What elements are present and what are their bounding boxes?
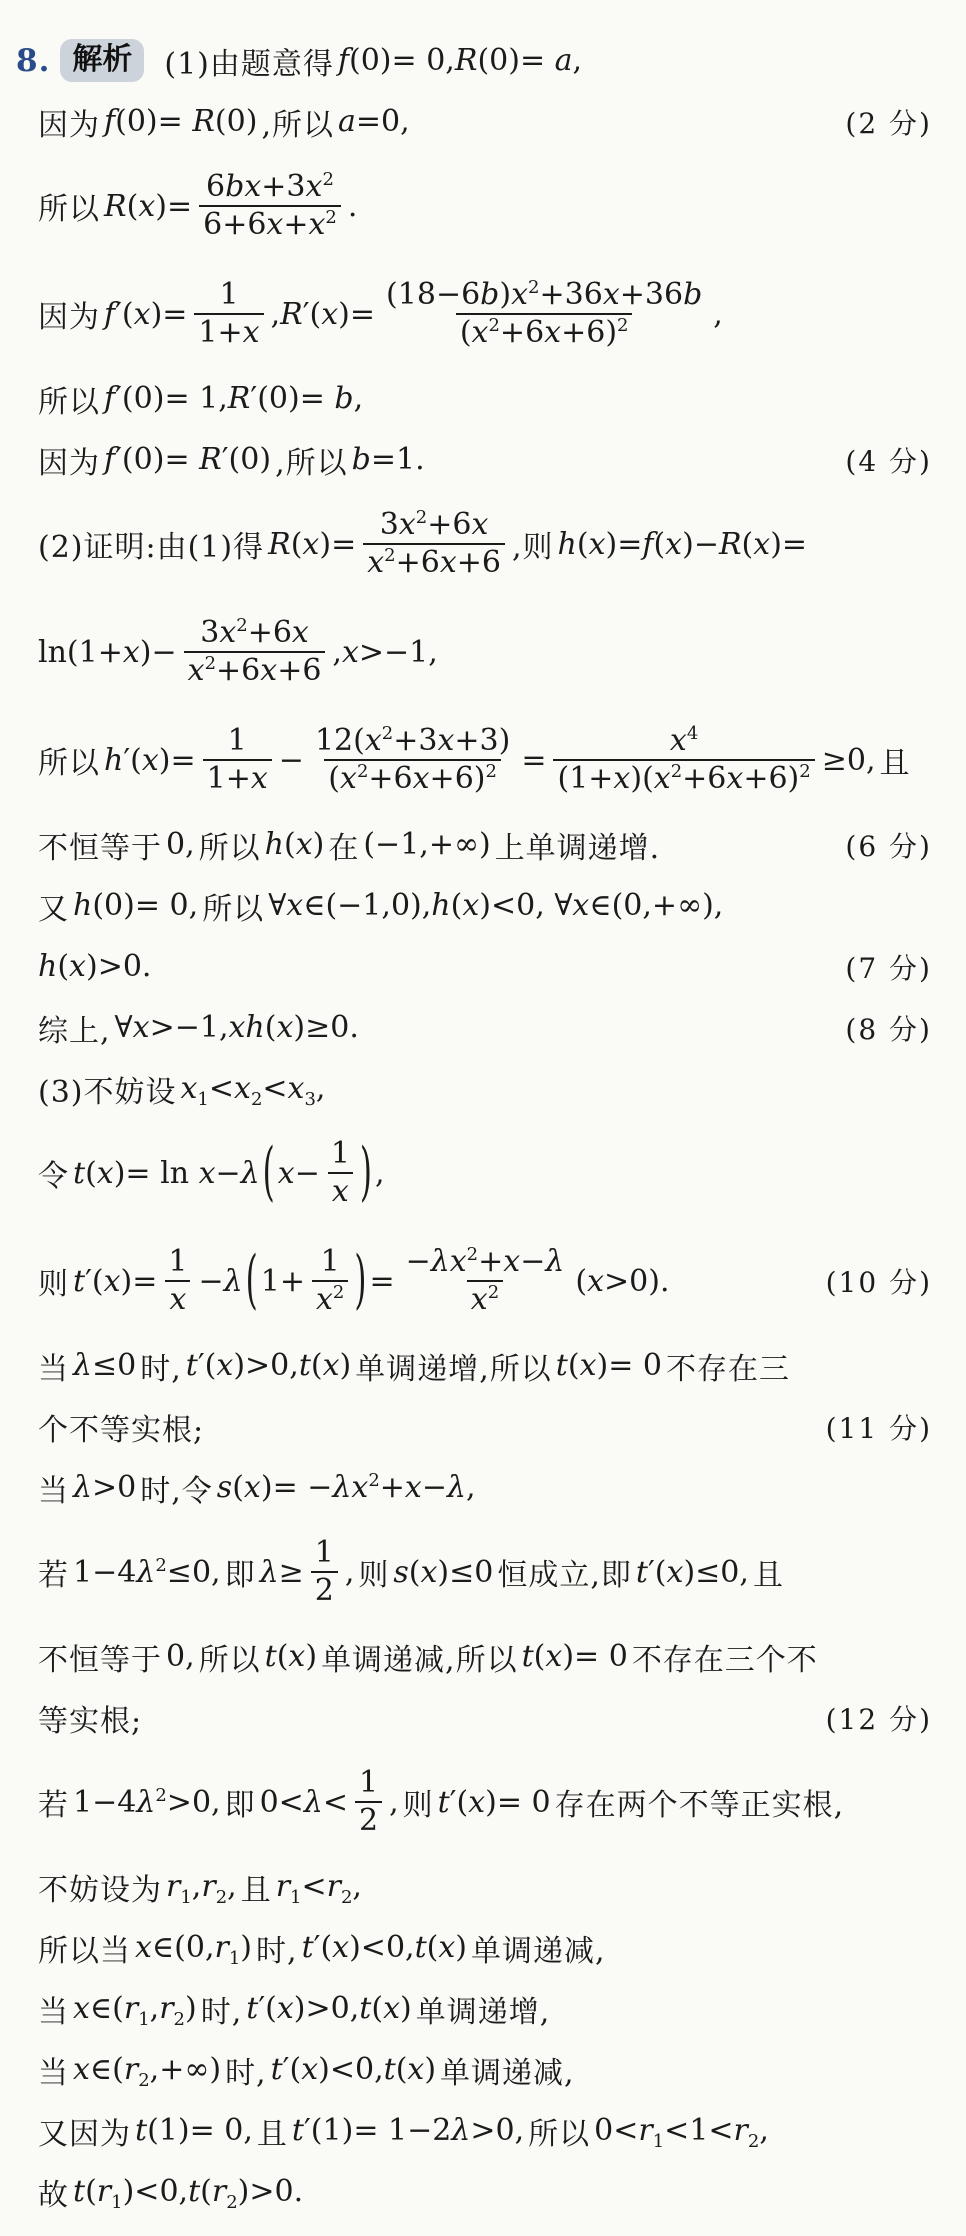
math-variable: x — [332, 1930, 349, 1965]
math-expression: 0, — [166, 1639, 195, 1674]
math-expression: ≥0, — [822, 743, 876, 778]
math-variable: λ — [241, 1156, 260, 1191]
math-expression: , — [389, 1785, 399, 1820]
math-variable: t — [292, 2113, 304, 2148]
superscript: 2 — [333, 1282, 344, 1303]
math-variable: λ — [136, 1555, 155, 1590]
math-variable: R — [104, 189, 127, 224]
solution-line: 综上,∀x>−1,xh(x)≥0.(8 分) — [0, 997, 948, 1058]
fraction: x4(1+x)(x2+6x+6)2 — [553, 723, 814, 796]
math-variable: t — [299, 1348, 311, 1383]
math-variable: b — [225, 169, 244, 204]
math-variable: λ — [260, 1555, 279, 1590]
math-variable: h — [558, 527, 577, 562]
math-expression: x∈(r2,+∞) — [73, 2052, 221, 2087]
math-variable: x — [288, 1639, 305, 1674]
math-variable: x — [199, 1156, 216, 1191]
math-variable: R — [268, 527, 291, 562]
math-variable: x — [135, 1930, 152, 1965]
superscript: 2 — [384, 545, 395, 566]
score-marker: (11 分) — [806, 1407, 932, 1447]
math-variable: x — [133, 1010, 150, 1045]
math-variable: x — [169, 1282, 186, 1317]
math-variable: s — [217, 1470, 232, 1505]
math-variable: λ — [447, 1470, 466, 1505]
math-expression: . — [348, 189, 358, 224]
math-variable: f — [104, 297, 115, 332]
chinese-text: 若 — [38, 1550, 69, 1594]
math-variable: t — [359, 1991, 371, 2026]
math-variable: x — [365, 723, 382, 758]
solution-line: 因为f′(0)= R′(0),所以b=1.(4 分) — [0, 429, 948, 490]
math-variable: b — [352, 442, 371, 477]
fraction: −λx2+x−λx2 — [402, 1244, 569, 1317]
math-variable: x — [589, 527, 606, 562]
math-variable: x — [244, 1470, 261, 1505]
math-variable: x — [138, 189, 155, 224]
math-variable: h — [431, 888, 450, 923]
math-expression: x− — [278, 1156, 320, 1191]
chinese-text: 时,令 — [140, 1466, 213, 1510]
math-expression: r1<r2, — [276, 1869, 362, 1904]
math-variable: x — [104, 1264, 121, 1299]
math-variable: x — [471, 507, 488, 542]
math-expression: f′(x)= — [104, 297, 187, 332]
chinese-text: 因为 — [38, 100, 100, 144]
math-variable: r — [166, 1869, 180, 1904]
fraction-numerator: 1 — [215, 277, 242, 313]
math-variable: f — [642, 527, 653, 562]
math-variable: x — [216, 1348, 233, 1383]
chinese-text: 当 — [38, 2048, 69, 2092]
math-variable: f — [338, 43, 349, 78]
math-variable: h — [38, 949, 57, 984]
solution-line: (2)证明:由(1)得R(x)=3x2+6xx2+6x+6,则h(x)=f(x)… — [0, 490, 948, 598]
chinese-text: 当 — [38, 1466, 69, 1510]
chinese-text: 又因为 — [38, 2109, 131, 2153]
fraction: 12(x2+3x+3)(x2+6x+6)2 — [311, 723, 514, 796]
fraction-numerator: 1 — [224, 723, 251, 759]
chinese-text: 因为 — [38, 438, 100, 482]
math-expression: 0<r1<1<r2, — [594, 2113, 769, 2148]
math-variable: x — [342, 635, 359, 670]
math-expression: f(0)= 0,R(0)= a, — [338, 43, 582, 78]
math-variable: x — [316, 1282, 333, 1317]
math-variable: λ — [451, 2113, 470, 2148]
math-variable: x — [229, 1010, 246, 1045]
fraction: 12 — [311, 1535, 338, 1608]
math-variable: R — [455, 43, 478, 78]
subscript: 2 — [341, 1887, 352, 1908]
fraction: 11+x — [203, 723, 272, 796]
math-variable: x — [277, 1991, 294, 2026]
chinese-text: 在 — [328, 823, 359, 867]
solution-line: 所以h′(x)=11+x−12(x2+3x+3)(x2+6x+6)2=x4(1+… — [0, 706, 948, 814]
math-variable: t — [438, 1785, 450, 1820]
superscript: 2 — [325, 207, 336, 228]
chinese-text: 不存在三 — [666, 1344, 790, 1388]
math-expression: 0<λ< — [260, 1785, 348, 1820]
solution-lines: 8.解析(1)由题意得f(0)= 0,R(0)= a,因为f(0)= R(0),… — [0, 30, 948, 2222]
question-number: 8. — [16, 43, 50, 79]
chinese-text: 又 — [38, 884, 69, 928]
solution-line: 当x∈(r2,+∞)时,t′(x)<0,t(x)单调递减, — [0, 2039, 948, 2100]
math-variable: r — [201, 1869, 215, 1904]
superscript: 2 — [416, 507, 427, 528]
chinese-text: 不恒等于 — [38, 823, 162, 867]
math-expression: a=0, — [338, 104, 410, 139]
chinese-text: 则 — [38, 1259, 69, 1303]
math-expression: = — [521, 743, 546, 778]
math-variable: t — [246, 1991, 258, 2026]
solution-line: 不妨设为r1,r2,且r1<r2, — [0, 1856, 948, 1917]
math-variable: t — [415, 1930, 427, 1965]
chinese-text: ,所以 — [261, 100, 334, 144]
fraction: 6bx+3x26+6x+x2 — [199, 169, 341, 242]
math-variable: r — [215, 1930, 229, 1965]
math-variable: x — [219, 615, 236, 650]
math-variable: x — [511, 277, 528, 312]
math-variable: x — [288, 1071, 305, 1106]
subscript: 1 — [197, 1089, 208, 1110]
math-expression: f′(0)= R′(0) — [104, 442, 271, 477]
math-expression: x1<x2<x3, — [181, 1071, 326, 1106]
math-variable: r — [159, 1991, 173, 2026]
superscript: 2 — [671, 761, 682, 782]
math-variable: r — [276, 1869, 290, 1904]
math-variable: λ — [545, 1244, 564, 1279]
math-variable: h — [245, 1010, 264, 1045]
math-variable: λ — [431, 1244, 450, 1279]
fraction-denominator: x2 — [467, 1280, 503, 1318]
math-variable: x — [188, 653, 205, 688]
math-expression: = — [369, 1264, 394, 1299]
math-expression: , — [375, 1156, 385, 1191]
big-paren: ( — [263, 1141, 275, 1205]
math-variable: x — [73, 2052, 90, 2087]
chinese-text: 时, — [256, 1926, 298, 1970]
chinese-text: 所以 — [199, 823, 261, 867]
math-expression: t(x)= ln x−λ — [73, 1156, 260, 1191]
math-expression: x∈(0,r1) — [135, 1930, 252, 1965]
math-variable: t — [271, 2052, 283, 2087]
math-variable: x — [413, 761, 430, 796]
math-variable: t — [556, 1348, 568, 1383]
chinese-text: 因为 — [38, 292, 100, 336]
solution-line: 不恒等于0,所以h(x)在(−1,+∞)上单调递增.(6 分) — [0, 814, 948, 875]
math-expression: h(0)= 0, — [73, 888, 198, 923]
math-variable: x — [603, 277, 620, 312]
math-variable: b — [480, 277, 499, 312]
math-variable: x — [243, 315, 260, 350]
chinese-text: 单调递减, — [440, 2048, 575, 2092]
math-variable: x — [587, 1264, 604, 1299]
math-variable: x — [438, 1930, 455, 1965]
math-variable: t — [186, 1348, 198, 1383]
fraction-denominator: 6+6x+x2 — [199, 205, 341, 243]
math-expression: − — [279, 743, 304, 778]
chinese-text: ,则 — [512, 522, 554, 566]
math-variable: x — [726, 761, 743, 796]
math-variable: x — [399, 507, 416, 542]
superscript: 2 — [205, 653, 216, 674]
math-variable: f — [104, 104, 115, 139]
fraction: 12 — [355, 1765, 382, 1838]
fraction-numerator: (18−6b)x2+36x+36b — [382, 277, 706, 313]
score-marker: (10 分) — [806, 1261, 932, 1301]
math-variable: x — [69, 949, 86, 984]
superscript: 2 — [617, 315, 628, 336]
chinese-text: 且 — [753, 1550, 784, 1594]
subscript: 1 — [229, 1948, 240, 1969]
math-variable: r — [212, 2174, 226, 2209]
chinese-text: 所以 — [38, 377, 100, 421]
math-variable: t — [188, 2174, 200, 2209]
score-marker: (2 分) — [825, 102, 932, 142]
math-variable: R — [192, 104, 215, 139]
superscript: 2 — [488, 315, 499, 336]
math-expression: t′(x)>0,t(x) — [186, 1348, 351, 1383]
fraction-numerator: 3x2+6x — [376, 507, 493, 543]
subscript: 2 — [138, 2070, 149, 2091]
ln-operator: ln — [38, 635, 67, 670]
math-expression: f(0)= R(0) — [104, 104, 257, 139]
chinese-text: 不存在三个不 — [632, 1635, 818, 1679]
fraction-denominator: 1+x — [194, 313, 263, 351]
math-variable: x — [286, 888, 303, 923]
solution-line: 当λ>0时,令s(x)= −λx2+x−λ, — [0, 1457, 948, 1518]
chinese-text: 且 — [880, 738, 911, 782]
math-variable: x — [266, 207, 283, 242]
subscript: 2 — [226, 2192, 237, 2213]
fraction-numerator: 1 — [311, 1535, 338, 1571]
math-expression: λ≥ — [260, 1555, 304, 1590]
math-variable: x — [123, 635, 140, 670]
math-variable: x — [260, 653, 277, 688]
math-variable: x — [367, 545, 384, 580]
solution-line: 所以f′(0)= 1,R′(0)= b, — [0, 368, 948, 429]
math-variable: x — [302, 527, 319, 562]
chinese-text: 所以 — [528, 2109, 590, 2153]
superscript: 2 — [236, 615, 247, 636]
math-variable: t — [302, 1930, 314, 1965]
superscript: 2 — [467, 1244, 478, 1265]
math-variable: λ — [73, 1348, 92, 1383]
chinese-text: 不妨设为 — [38, 1865, 162, 1909]
math-variable: r — [638, 2113, 652, 2148]
math-variable: λ — [332, 1470, 351, 1505]
subscript: 2 — [174, 2009, 185, 2030]
math-expression: (x>0). — [575, 1264, 669, 1299]
solution-line: h(x)>0.(7 分) — [0, 936, 948, 997]
math-expression: t′(1)= 1−2λ>0, — [292, 2113, 524, 2148]
math-expression: h(x)>0. — [38, 949, 151, 984]
math-variable: x — [292, 615, 309, 650]
solution-line: 若1−4λ2>0,即0<λ<12,则t′(x)= 0存在两个不等正实根, — [0, 1748, 948, 1856]
subscript: 2 — [748, 2131, 759, 2152]
fraction: 11+x — [194, 277, 263, 350]
chinese-text: 即 — [225, 1780, 256, 1824]
chinese-text: 令 — [38, 1151, 69, 1195]
math-variable: λ — [73, 1470, 92, 1505]
superscript: 2 — [528, 277, 539, 298]
chinese-text: (3)不妨设 — [38, 1067, 177, 1111]
chinese-text: 等实根; — [38, 1696, 142, 1740]
math-expression: , — [345, 1555, 355, 1590]
subscript: 1 — [111, 2192, 122, 2213]
math-variable: x — [308, 207, 325, 242]
math-variable: x — [296, 827, 313, 862]
math-expression: λ≤0 — [73, 1348, 136, 1383]
fraction: 1x2 — [312, 1244, 348, 1317]
math-expression: h′(x)= — [104, 743, 196, 778]
chinese-text: 则 — [403, 1780, 434, 1824]
math-variable: x — [251, 761, 268, 796]
chinese-text: 单调递增,所以 — [355, 1344, 552, 1388]
math-variable: t — [522, 1639, 534, 1674]
math-variable: x — [468, 1785, 485, 1820]
score-marker: (12 分) — [806, 1698, 932, 1738]
math-variable: R — [199, 442, 222, 477]
superscript: 2 — [488, 1282, 499, 1303]
math-variable: r — [124, 1991, 138, 2026]
math-variable: x — [142, 743, 159, 778]
fraction-numerator: 1 — [327, 1136, 354, 1172]
math-variable: r — [327, 1869, 341, 1904]
superscript: 2 — [368, 1470, 379, 1491]
chinese-text: 所以 — [38, 184, 100, 228]
chinese-text: 则 — [358, 1550, 389, 1594]
fraction-numerator: x4 — [666, 723, 702, 759]
fraction-denominator: 2 — [311, 1571, 338, 1609]
math-variable: x — [321, 297, 338, 332]
solution-line: 8.解析(1)由题意得f(0)= 0,R(0)= a, — [0, 30, 948, 91]
solution-line: 当λ≤0时,t′(x)>0,t(x)单调递增,所以t(x)= 0不存在三 — [0, 1335, 948, 1396]
chinese-text: 恒成立,即 — [497, 1550, 632, 1594]
math-variable: t — [384, 2052, 396, 2087]
math-expression: r1,r2, — [166, 1869, 237, 1904]
chinese-text: ,所以 — [275, 438, 348, 482]
solution-line: 个不等实根;(11 分) — [0, 1396, 948, 1457]
math-variable: x — [73, 1991, 90, 2026]
superscript: 2 — [382, 723, 393, 744]
math-variable: x — [580, 1348, 597, 1383]
math-variable: x — [572, 888, 589, 923]
fraction-numerator: 1 — [355, 1765, 382, 1801]
math-variable: h — [104, 743, 123, 778]
subscript: 1 — [290, 1887, 301, 1908]
math-expression: h(x)=f(x)−R(x)= — [558, 527, 808, 562]
fraction-numerator: 1 — [164, 1244, 191, 1280]
math-expression: ln(1+x)− — [38, 635, 177, 670]
solution-line: 当x∈(r1,r2)时,t′(x)>0,t(x)单调递增, — [0, 1978, 948, 2039]
fraction-numerator: 3x2+6x — [196, 615, 313, 651]
math-variable: b — [334, 381, 353, 416]
fraction-denominator: (1+x)(x2+6x+6)2 — [553, 759, 814, 797]
fraction: 3x2+6xx2+6x+6 — [363, 507, 505, 580]
math-variable: x — [332, 1174, 349, 1209]
math-variable: a — [555, 43, 573, 78]
math-variable: r — [124, 2052, 138, 2087]
math-expression: (−1,+∞) — [363, 827, 490, 862]
math-variable: x — [244, 169, 261, 204]
superscript: 2 — [799, 761, 810, 782]
math-expression: R(x)= — [104, 189, 192, 224]
fraction-denominator: 2 — [355, 1801, 382, 1839]
math-expression: R(x)= — [268, 527, 356, 562]
math-variable: x — [665, 527, 682, 562]
fraction-denominator: x — [165, 1280, 190, 1318]
ln-operator: ln — [160, 1156, 189, 1191]
score-marker: (4 分) — [825, 440, 932, 480]
math-variable: x — [450, 1244, 467, 1279]
math-expression: 1−4λ2>0, — [73, 1785, 221, 1820]
chinese-text: 上单调递增. — [495, 823, 661, 867]
subscript: 2 — [251, 1089, 262, 1110]
math-expression: b=1. — [352, 442, 425, 477]
math-variable: λ — [136, 1785, 155, 1820]
math-expression: t′(x)= — [73, 1264, 157, 1299]
math-variable: t — [265, 1639, 277, 1674]
chinese-text: 当 — [38, 1344, 69, 1388]
math-expression: t′(x)= 0 — [438, 1785, 551, 1820]
math-expression: x∈(r1,r2) — [73, 1991, 197, 2026]
solution-line: 故t(r1)<0,t(r2)>0. — [0, 2161, 948, 2222]
chinese-text: 时, — [140, 1344, 182, 1388]
chinese-text: 单调递增, — [416, 1987, 551, 2031]
math-variable: R — [228, 381, 251, 416]
superscript: 2 — [155, 1785, 166, 1806]
chinese-text: 若 — [38, 1780, 69, 1824]
math-expression: f′(0)= 1,R′(0)= b, — [104, 381, 363, 416]
chinese-text: 不恒等于 — [38, 1635, 162, 1679]
math-variable: x — [654, 761, 671, 796]
chinese-text: 存在两个不等正实根, — [555, 1780, 845, 1824]
math-variable: x — [276, 1010, 293, 1045]
math-expression: ∀x∈(−1,0),h(x)<0, ∀x∈(0,+∞), — [268, 888, 723, 923]
chinese-text: 所以当 — [38, 1926, 131, 1970]
subscript: 1 — [180, 1887, 191, 1908]
chinese-text: 且 — [241, 1865, 272, 1909]
math-expression: s(x)≤0 — [393, 1555, 493, 1590]
math-variable: x — [340, 761, 357, 796]
math-variable: b — [683, 277, 702, 312]
math-expression: , — [713, 297, 723, 332]
math-variable: a — [338, 104, 356, 139]
fraction: 1x — [164, 1244, 191, 1317]
solution-line: ln(1+x)−3x2+6xx2+6x+6,x>−1, — [0, 598, 948, 706]
math-variable: x — [753, 527, 770, 562]
superscript: 2 — [155, 1555, 166, 1576]
solution-line: 若1−4λ2≤0,即λ≥12,则s(x)≤0恒成立,即t′(x)≤0,且 — [0, 1518, 948, 1626]
chinese-text: 综上, — [38, 1006, 111, 1050]
math-expression: −λ — [198, 1264, 242, 1299]
math-variable: x — [383, 1991, 400, 2026]
math-variable: x — [462, 888, 479, 923]
math-expression: t(x)= 0 — [522, 1639, 628, 1674]
math-expression: t′(x)<0,t(x) — [271, 2052, 436, 2087]
math-variable: x — [97, 1156, 114, 1191]
math-variable: x — [181, 1071, 198, 1106]
fraction-denominator: x — [328, 1172, 353, 1210]
chinese-text: 所以 — [38, 738, 100, 782]
math-expression: t′(x)<0,t(x) — [302, 1930, 467, 1965]
math-variable: x — [351, 1470, 368, 1505]
math-variable: x — [503, 1244, 520, 1279]
subscript: 3 — [304, 1089, 315, 1110]
math-variable: x — [437, 723, 454, 758]
math-variable: x — [405, 1470, 422, 1505]
